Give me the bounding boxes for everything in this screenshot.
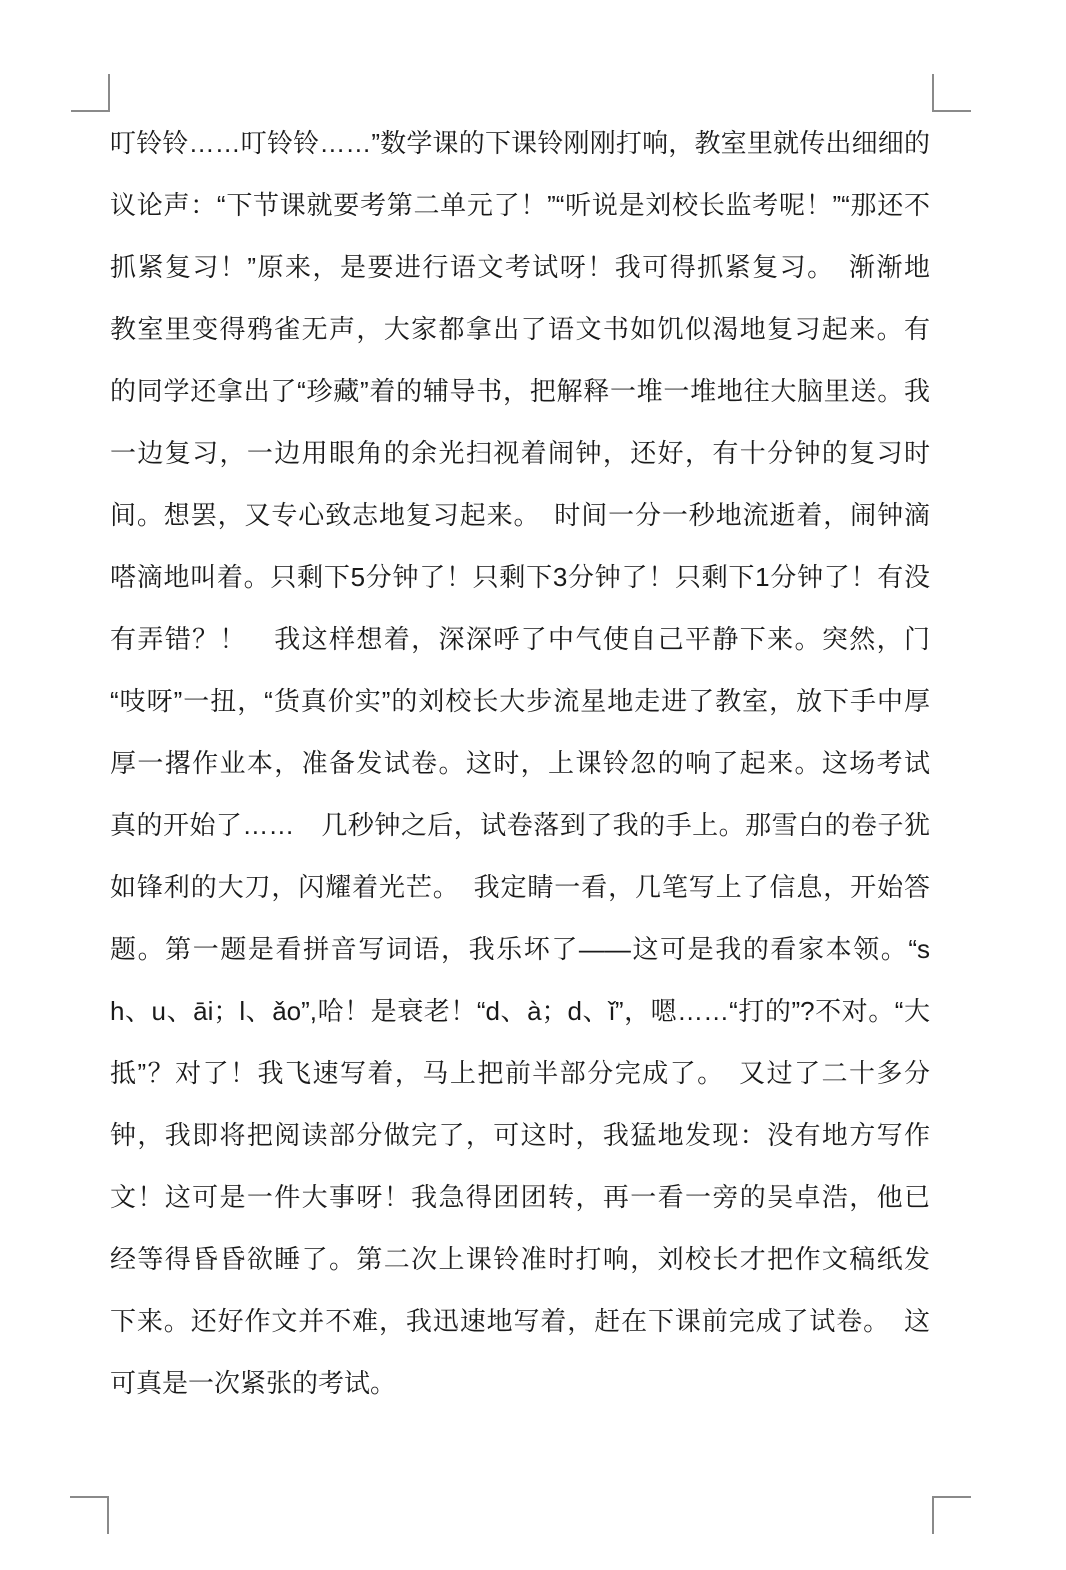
text-line: 的同学还拿出了“珍藏”着的辅导书，把解释一堆一堆地往大脑里送。我 xyxy=(110,360,930,422)
text-line: 可真是一次紧张的考试。 xyxy=(110,1352,930,1414)
document-text: 叮铃铃……叮铃铃……”数学课的下课铃刚刚打响，教室里就传出细细的议论声：“下节课… xyxy=(110,112,930,1414)
document-page: 叮铃铃……叮铃铃……”数学课的下课铃刚刚打响，教室里就传出细细的议论声：“下节课… xyxy=(0,0,1066,1570)
text-line: 钟，我即将把阅读部分做完了，可这时，我猛地发现：没有地方写作 xyxy=(110,1104,930,1166)
text-line: 文！这可是一件大事呀！我急得团团转，再一看一旁的吴卓浩，他已 xyxy=(110,1166,930,1228)
text-line: “吱呀”一扭，“货真价实”的刘校长大步流星地走进了教室，放下手中厚 xyxy=(110,670,930,732)
text-line: 抓紧复习！”原来，是要进行语文考试呀！我可得抓紧复习。 渐渐地 xyxy=(110,236,930,298)
text-line: 如锋利的大刀，闪耀着光芒。 我定睛一看，几笔写上了信息，开始答 xyxy=(110,856,930,918)
text-line: 间。想罢，又专心致志地复习起来。 时间一分一秒地流逝着，闹钟滴 xyxy=(110,484,930,546)
text-line: 教室里变得鸦雀无声，大家都拿出了语文书如饥似渴地复习起来。有 xyxy=(110,298,930,360)
text-line: h、u、āi；l、ǎo”,哈！是衰老！“d、à；d、ǐ”，嗯……“打的”?不对。… xyxy=(110,980,930,1042)
crop-mark-top-left-icon xyxy=(71,74,110,112)
text-line: 一边复习，一边用眼角的余光扫视着闹钟，还好，有十分钟的复习时 xyxy=(110,422,930,484)
text-line: 叮铃铃……叮铃铃……”数学课的下课铃刚刚打响，教室里就传出细细的 xyxy=(110,112,930,174)
crop-mark-bottom-left-icon xyxy=(70,1496,109,1534)
text-line: 经等得昏昏欲睡了。第二次上课铃准时打响，刘校长才把作文稿纸发 xyxy=(110,1228,930,1290)
text-line: 厚一撂作业本，准备发试卷。这时，上课铃忽的响了起来。这场考试 xyxy=(110,732,930,794)
text-line: 下来。还好作文并不难，我迅速地写着，赶在下课前完成了试卷。 这 xyxy=(110,1290,930,1352)
text-line: 议论声：“下节课就要考第二单元了！”“听说是刘校长监考呢！”“那还不 xyxy=(110,174,930,236)
text-line: 有弄错？！ 我这样想着，深深呼了中气使自己平静下来。突然，门 xyxy=(110,608,930,670)
text-line: 真的开始了…… 几秒钟之后，试卷落到了我的手上。那雪白的卷子犹 xyxy=(110,794,930,856)
text-line: 抵”？对了！我飞速写着，马上把前半部分完成了。 又过了二十多分 xyxy=(110,1042,930,1104)
text-line: 题。第一题是看拼音写词语，我乐坏了——这可是我的看家本领。“s xyxy=(110,918,930,980)
crop-mark-bottom-right-icon xyxy=(932,1496,971,1534)
text-line: 嗒滴地叫着。只剩下5分钟了！只剩下3分钟了！只剩下1分钟了！有没 xyxy=(110,546,930,608)
crop-mark-top-right-icon xyxy=(932,74,971,112)
